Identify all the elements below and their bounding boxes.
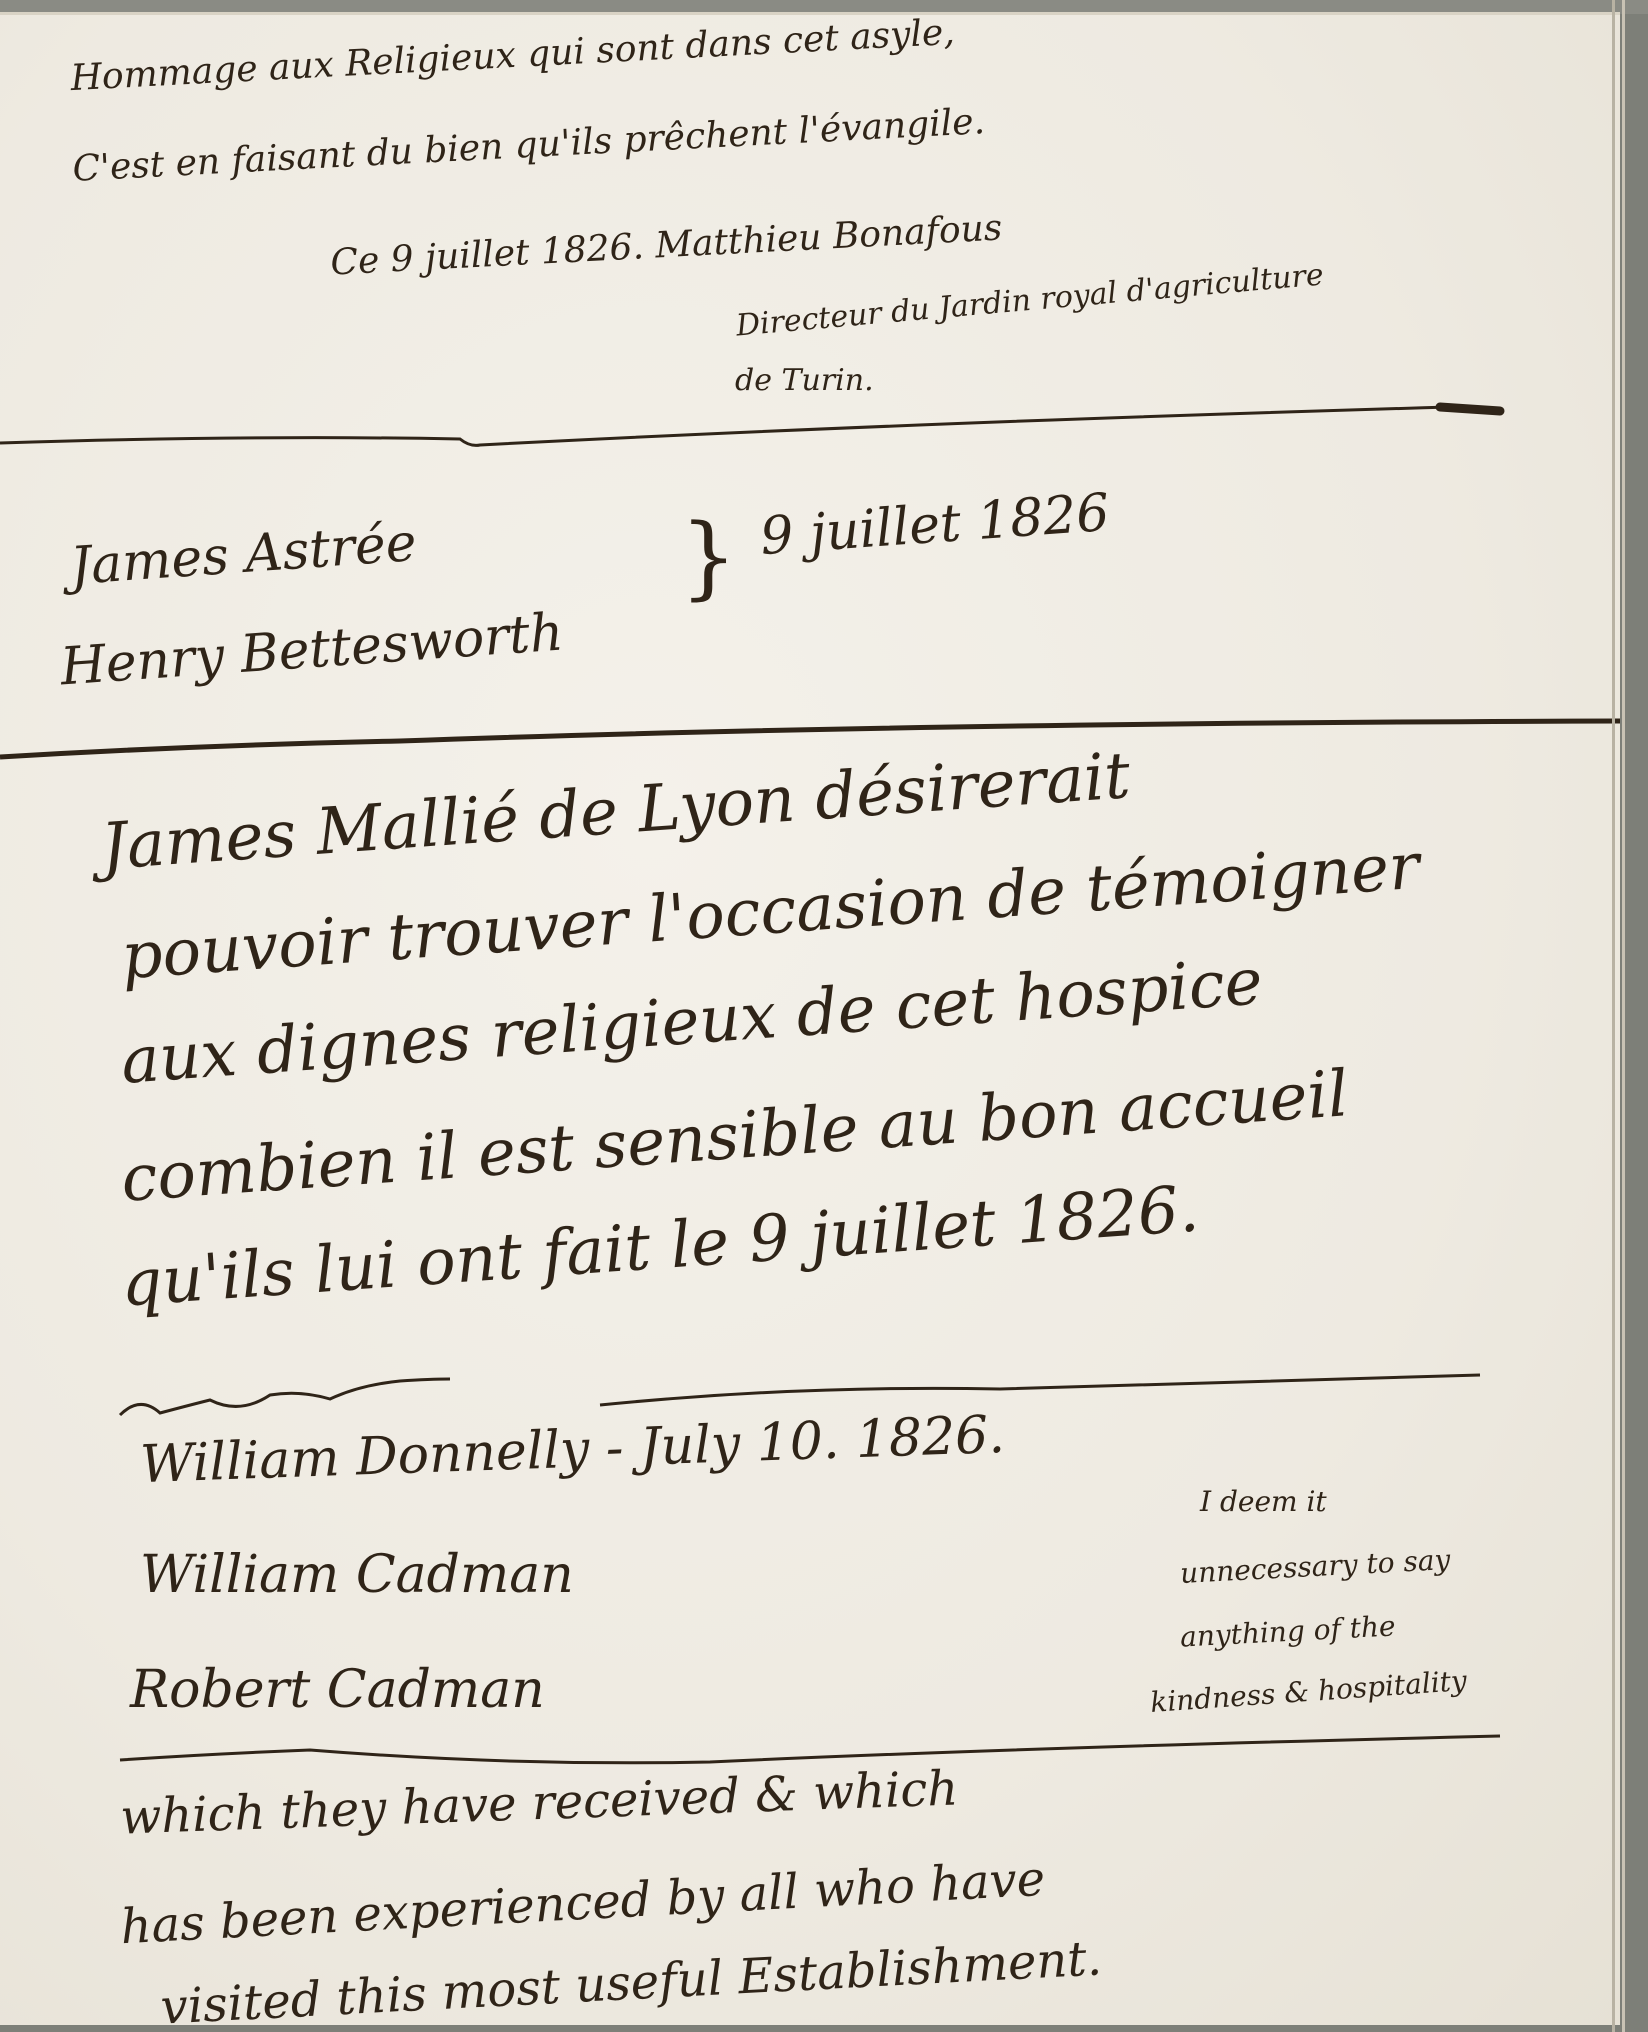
entry1-title: Directeur du Jardin royal d'agriculture [735, 257, 1325, 343]
entry2-date: 9 juillet 1826 [758, 483, 1111, 567]
entry2-name-1: James Astrée [68, 513, 418, 597]
entry1-line2: C'est en faisant du bien qu'ils prêchent… [72, 101, 986, 190]
entry1-place: de Turin. [735, 363, 874, 398]
entry1-line1: Hommage aux Religieux qui sont dans cet … [70, 12, 956, 99]
page-edge-2 [1622, 0, 1625, 2032]
bracket: } [680, 505, 737, 610]
entry4-name-1: William Cadman [140, 1545, 574, 1605]
entry2-name-2: Henry Bettesworth [59, 603, 566, 698]
page-edge [1612, 0, 1615, 2032]
entry4-note-4: kindness & hospitality [1149, 1664, 1468, 1719]
entry4-note-3: anything of the [1179, 1609, 1396, 1653]
entry4-note-1: I deem it [1200, 1485, 1327, 1518]
manuscript-page: Hommage aux Religieux qui sont dans cet … [0, 12, 1620, 2025]
entry1-signature: Ce 9 juillet 1826. Matthieu Bonafous [329, 207, 1003, 283]
separator-line-1 [0, 395, 1620, 455]
entry4-name-2: Robert Cadman [130, 1660, 545, 1720]
separator-line-2 [0, 685, 1620, 765]
entry4-note-2: unnecessary to say [1179, 1543, 1451, 1590]
